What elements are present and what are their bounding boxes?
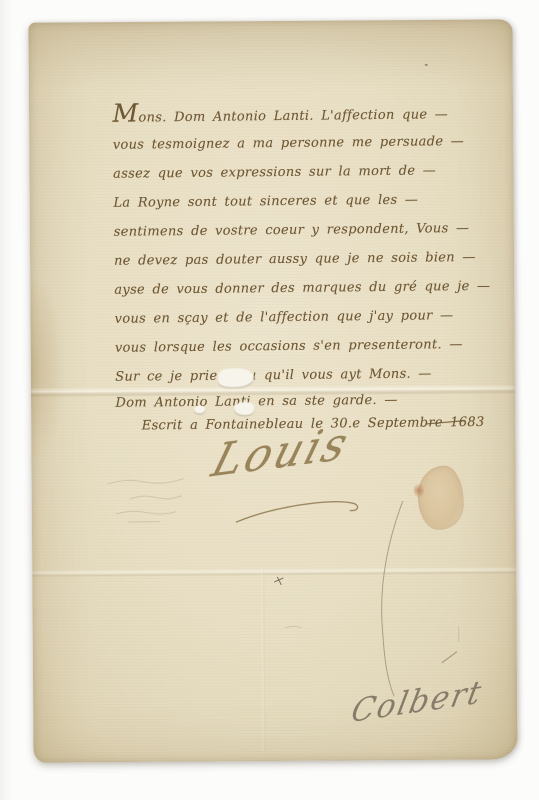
scan-background: Mons. Dom Antonio Lanti. L'affection que… xyxy=(0,0,539,800)
signature-flourish xyxy=(236,502,358,523)
letter-line: ne devez pas douter aussy que je ne sois… xyxy=(114,250,486,283)
letter-line: La Royne sont tout sinceres et que les — xyxy=(113,192,485,225)
seal-residue-red-mark xyxy=(414,483,424,498)
paper-left-stain xyxy=(30,277,65,457)
vertical-fold-crease xyxy=(261,569,265,751)
paper-top-shading xyxy=(28,19,512,92)
letter-line: sentimens de vostre coeur y respondent, … xyxy=(114,221,486,254)
pencil-dash-marks xyxy=(442,627,459,663)
pencil-bracket-curve xyxy=(381,501,404,696)
letter-line: assez que vos expressions sur la mort de… xyxy=(113,163,485,196)
letter-text-block: Mons. Dom Antonio Lanti. L'affection que… xyxy=(112,105,488,448)
horizontal-fold-crease xyxy=(32,566,516,577)
letter-line: Sur ce je prie Dieu qu'il vous ayt Mons.… xyxy=(115,366,487,396)
pencil-annotation xyxy=(108,479,184,523)
seal-residue-stain xyxy=(418,466,464,530)
letter-line: vous tesmoignez a ma personne me persuad… xyxy=(113,134,485,167)
letter-paper: Mons. Dom Antonio Lanti. L'affection que… xyxy=(28,19,517,762)
countersignature: Colbert xyxy=(348,674,486,731)
letter-line: vous lorsque les occasions s'en presente… xyxy=(115,337,487,370)
ink-cross-mark xyxy=(274,577,301,628)
letter-line: ayse de vous donner des marques du gré q… xyxy=(114,279,486,312)
ink-speck xyxy=(425,64,428,66)
letter-line: Mons. Dom Antonio Lanti. L'affection que… xyxy=(112,105,484,138)
letter-line: vous en sçay et de l'affection que j'ay … xyxy=(115,308,487,341)
